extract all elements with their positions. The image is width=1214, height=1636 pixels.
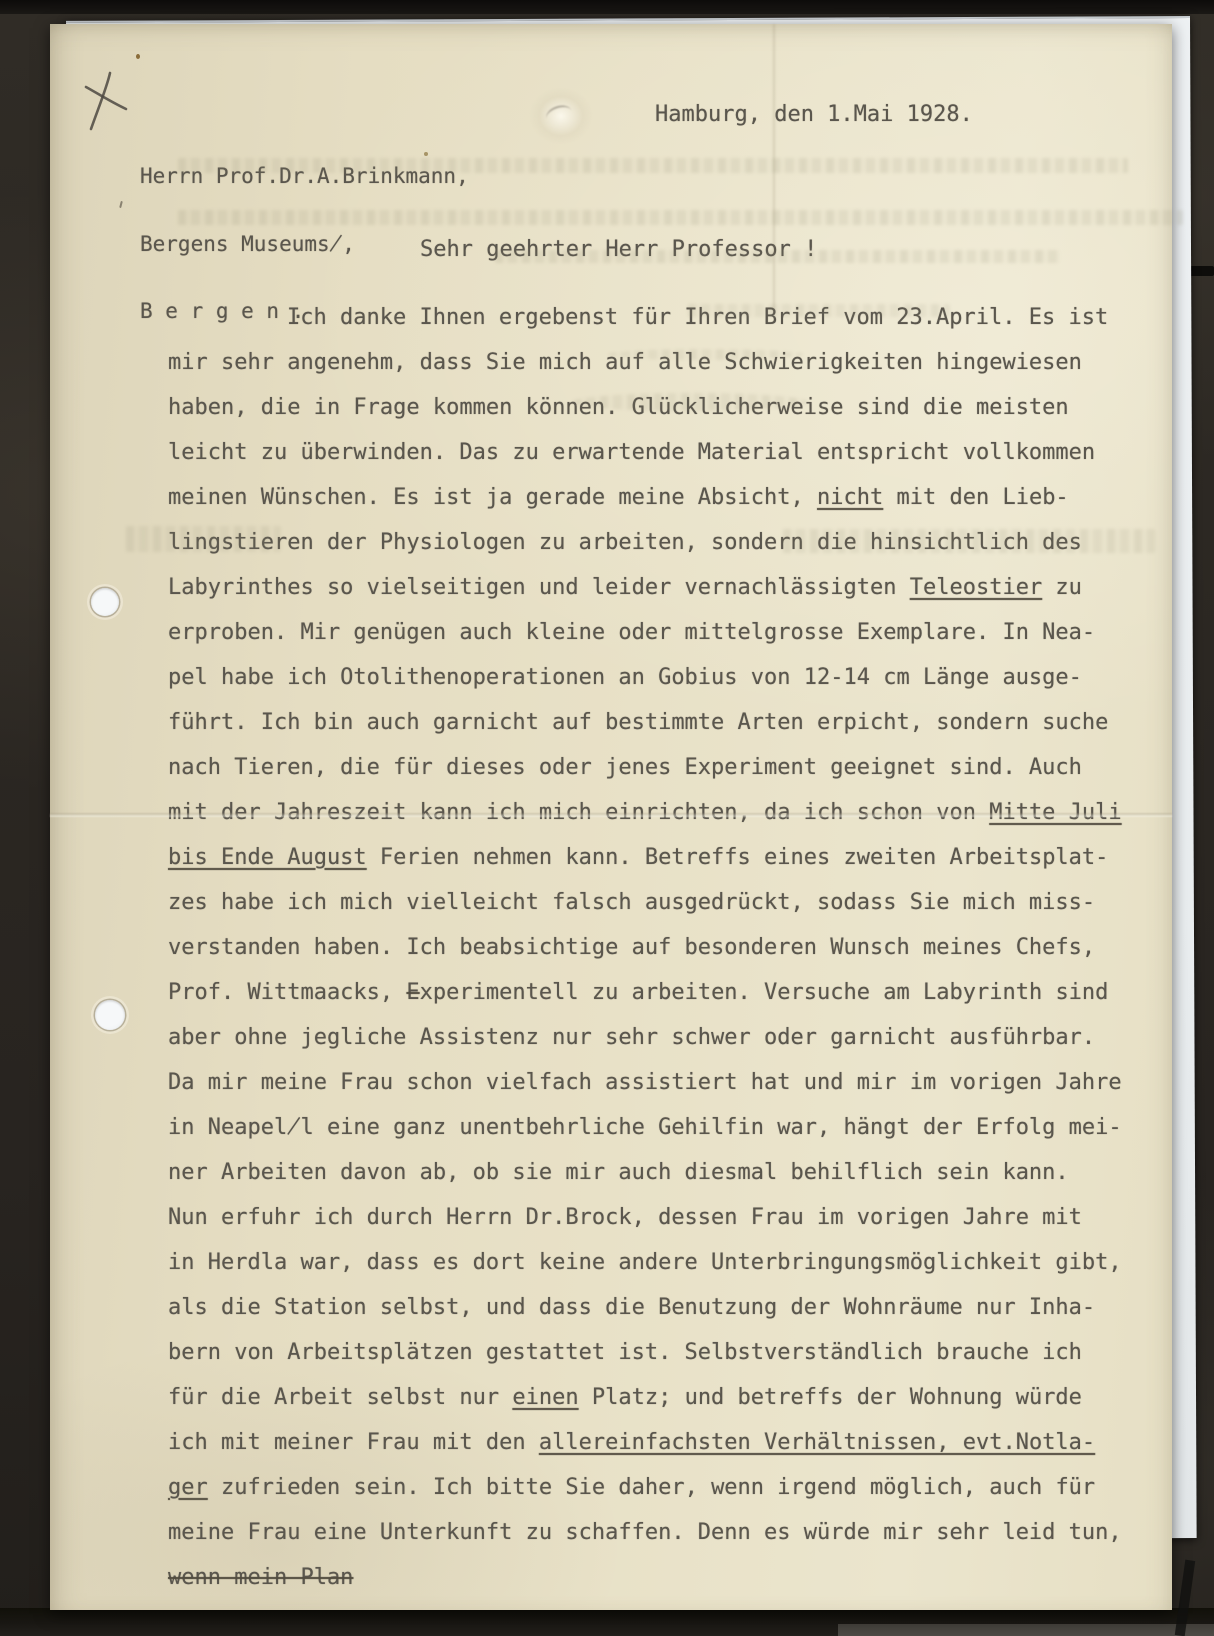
text-segment: meine Frau eine Unterkunft zu schaffen. … (168, 1520, 1122, 1545)
body-line: pel habe ich Otolithenoperationen an Gob… (168, 655, 1168, 700)
text-segment: nach Tieren, die für dieses oder jenes E… (168, 755, 1082, 780)
body-line: als die Station selbst, und dass die Ben… (168, 1285, 1168, 1330)
body-line: in Herdla war, dass es dort keine andere… (168, 1240, 1168, 1285)
body-line: aber ohne jegliche Assistenz nur sehr sc… (168, 1015, 1168, 1060)
text-segment: führt. Ich bin auch garnicht auf bestimm… (168, 710, 1108, 735)
body-line: zes habe ich mich vielleicht falsch ausg… (168, 880, 1168, 925)
bleedthrough-smudge (688, 304, 950, 317)
text-segment: mit den Lieb- (883, 485, 1068, 510)
paper-smudge (530, 88, 592, 144)
body-line: meinen Wünschen. Es ist ja gerade meine … (168, 475, 1168, 520)
struck-text: wenn mein Plan (168, 1565, 353, 1590)
text-segment: aber ohne jegliche Assistenz nur sehr sc… (168, 1025, 1095, 1050)
text-segment: pel habe ich Otolithenoperationen an Gob… (168, 665, 1082, 690)
bleedthrough-smudge (126, 526, 281, 552)
text-segment: in Herdla war, dass es dort keine andere… (168, 1250, 1122, 1275)
body-line: führt. Ich bin auch garnicht auf bestimm… (168, 700, 1168, 745)
text-segment: zes habe ich mich vielleicht falsch ausg… (168, 890, 1095, 915)
text-segment: xperimentell zu arbeiten. Versuche am La… (420, 980, 1109, 1005)
text-segment: ich mit meiner Frau mit den (168, 1430, 539, 1455)
text-segment: Platz; und betreffs der Wohnung würde (579, 1385, 1082, 1410)
text-segment: Prof. Wittmaacks, (168, 980, 406, 1005)
punch-hole (91, 588, 119, 616)
text-segment: als die Station selbst, und dass die Ben… (168, 1295, 1095, 1320)
text-segment: Da mir meine Frau schon vielfach assisti… (168, 1070, 1122, 1095)
text-segment: meinen Wünschen. Es ist ja gerade meine … (168, 485, 817, 510)
punch-hole (95, 1000, 125, 1030)
body-line: bis Ende August Ferien nehmen kann. Betr… (168, 835, 1168, 880)
bleedthrough-smudge (178, 210, 1183, 225)
text-segment: leicht zu überwinden. Das zu erwartende … (168, 440, 1095, 465)
bleedthrough-smudge (608, 349, 803, 360)
text-segment: zufrieden sein. Ich bitte Sie daher, wen… (208, 1475, 1095, 1500)
background-bottom-gray-strip (838, 1624, 1214, 1636)
body-line: mir sehr angenehm, dass Sie mich auf all… (168, 340, 1168, 385)
text-segment: erproben. Mir genügen auch kleine oder m… (168, 620, 1095, 645)
body-line: Prof. Wittmaacks, Experimentell zu arbei… (168, 970, 1168, 1015)
date-line: Hamburg, den 1.Mai 1928. (655, 102, 973, 128)
handwritten-x-mark (83, 71, 129, 131)
underlined-text: einen (512, 1385, 578, 1410)
text-segment: zu (1042, 575, 1082, 600)
text-segment: für die Arbeit selbst nur (168, 1385, 512, 1410)
text-segment: Labyrinthes so vielseitigen und leider v… (168, 575, 910, 600)
bleedthrough-smudge (573, 393, 808, 411)
underlined-text: bis Ende August (168, 845, 367, 870)
body-line: Nun erfuhr ich durch Herrn Dr.Brock, des… (168, 1195, 1168, 1240)
bleedthrough-smudge (495, 250, 1060, 263)
text-segment: Nun erfuhr ich durch Herrn Dr.Brock, des… (168, 1205, 1082, 1230)
struck-text: E (406, 980, 419, 1005)
bleedthrough-smudge (783, 529, 1155, 553)
body-line: Ich danke Ihnen ergebenst für Ihren Brie… (168, 295, 1168, 340)
body-line: verstanden haben. Ich beabsichtige auf b… (168, 925, 1168, 970)
underlined-text: allereinfachsten Verhältnissen, evt.Notl… (539, 1430, 1095, 1455)
underlined-text: ger (168, 1475, 208, 1500)
body-line: für die Arbeit selbst nur einen Platz; u… (168, 1375, 1168, 1420)
body-line: nach Tieren, die für dieses oder jenes E… (168, 745, 1168, 790)
ink-speck (119, 201, 123, 208)
text-segment: in Neapel̸l eine ganz unentbehrliche Geh… (168, 1115, 1122, 1140)
scanned-letter-photo: Hamburg, den 1.Mai 1928. Herrn Prof.Dr.A… (0, 0, 1214, 1636)
background-top-seam (0, 0, 1214, 14)
body-line: Labyrinthes so vielseitigen und leider v… (168, 565, 1168, 610)
paper-speck (136, 54, 140, 59)
text-segment: bern von Arbeitsplätzen gestattet ist. S… (168, 1340, 1082, 1365)
text-segment: verstanden haben. Ich beabsichtige auf b… (168, 935, 1095, 960)
body-line: ner Arbeiten davon ab, ob sie mir auch d… (168, 1150, 1168, 1195)
fold-crease-horizontal (50, 813, 1172, 817)
underlined-text: Teleostier (910, 575, 1042, 600)
letter-body: Ich danke Ihnen ergebenst für Ihren Brie… (168, 295, 1168, 1600)
body-line: erproben. Mir genügen auch kleine oder m… (168, 610, 1168, 655)
body-line: bern von Arbeitsplätzen gestattet ist. S… (168, 1330, 1168, 1375)
body-line: in Neapel̸l eine ganz unentbehrliche Geh… (168, 1105, 1168, 1150)
text-segment: Ferien nehmen kann. Betreffs eines zweit… (367, 845, 1109, 870)
body-line: meine Frau eine Unterkunft zu schaffen. … (168, 1510, 1168, 1555)
body-line: ich mit meiner Frau mit den allereinfach… (168, 1420, 1168, 1465)
letter-page: Hamburg, den 1.Mai 1928. Herrn Prof.Dr.A… (50, 24, 1172, 1610)
bleedthrough-smudge (178, 158, 1128, 173)
body-line: wenn mein Plan (168, 1555, 1168, 1600)
underlined-text: nicht (817, 485, 883, 510)
body-line: Da mir meine Frau schon vielfach assisti… (168, 1060, 1168, 1105)
body-line: ger zufrieden sein. Ich bitte Sie daher,… (168, 1465, 1168, 1510)
body-line: leicht zu überwinden. Das zu erwartende … (168, 430, 1168, 475)
text-segment: ner Arbeiten davon ab, ob sie mir auch d… (168, 1160, 1069, 1185)
